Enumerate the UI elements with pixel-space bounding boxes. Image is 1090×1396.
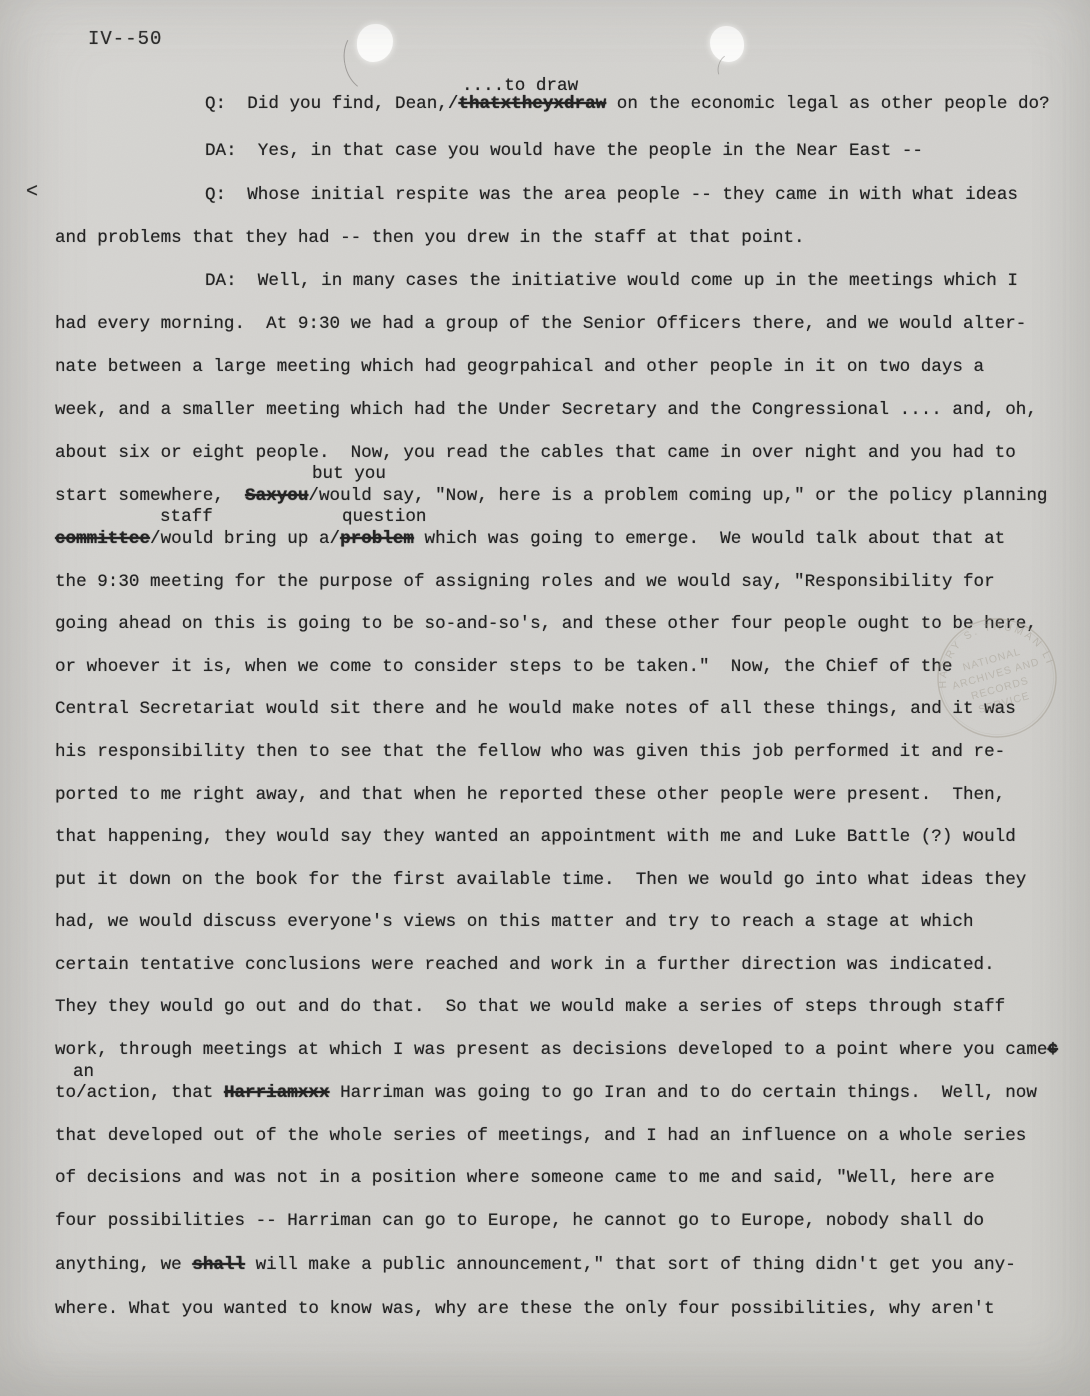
typed-line: where. What you wanted to know was, why … [55, 1298, 995, 1320]
typed-line: Central Secretariat would sit there and … [55, 698, 1016, 720]
typed-line: or whoever it is, when we come to consid… [55, 656, 952, 678]
typed-line: Q: Whose initial respite was the area pe… [205, 184, 1018, 206]
typed-line: his responsibility then to see that the … [55, 741, 1005, 763]
line-text: which was going to emerge. We would talk… [414, 529, 1005, 549]
inserted-text: but you [312, 463, 386, 485]
typed-line: put it down on the book for the first av… [55, 869, 1026, 891]
typed-line: and problems that they had -- then you d… [55, 227, 805, 249]
stamp-line: NATIONAL [961, 646, 1022, 674]
typed-line: DA: Yes, in that case you would have the… [205, 140, 923, 162]
struck-text: Saxyou [245, 486, 308, 506]
struck-text: problem [340, 529, 414, 549]
typed-line: had every morning. At 9:30 we had a grou… [55, 313, 1026, 335]
stamp-ring-text: HARRY S. TRUMAN LIBRARY [908, 589, 1057, 702]
typed-line: of decisions and was not in a position w… [55, 1167, 995, 1189]
document-page: IV--50 < ....to draw but you staff quest… [0, 0, 1090, 1396]
line-text: start somewhere, [55, 486, 245, 506]
line-text: on the economic legal as other people do… [606, 94, 1049, 114]
page-number: IV--50 [88, 28, 162, 50]
line-text: Q: Did you find, Dean,/ [205, 94, 458, 114]
hole-punch-right [710, 26, 744, 62]
line-text: /would say, "Now, here is a problem comi… [308, 486, 1047, 506]
typed-line: nate between a large meeting which had g… [55, 356, 984, 378]
struck-text: ¢ [1047, 1040, 1058, 1060]
inserted-text: staff [160, 506, 213, 528]
margin-mark: < [26, 182, 38, 204]
line-text: to/action, that [55, 1083, 224, 1103]
struck-text: shall [192, 1255, 245, 1275]
typed-line: going ahead on this is going to be so-an… [55, 613, 1037, 635]
struck-text: Harriamxxx [224, 1083, 330, 1103]
struck-text: thatxtheyxdraw [458, 94, 606, 114]
typed-line: that developed out of the whole series o… [55, 1125, 1026, 1147]
typed-line: that happening, they would say they want… [55, 826, 1016, 848]
typed-line: had, we would discuss everyone's views o… [55, 911, 974, 933]
typed-line: about six or eight people. Now, you read… [55, 442, 1016, 464]
line-text: Harriman was going to go Iran and to do … [330, 1083, 1037, 1103]
typed-line: DA: Well, in many cases the initiative w… [205, 270, 1018, 292]
line-text: work, through meetings at which I was pr… [55, 1040, 1047, 1060]
typed-line: start somewhere, Saxyou/would say, "Now,… [55, 485, 1047, 507]
typed-line: four possibilities -- Harriman can go to… [55, 1210, 984, 1232]
typed-line: work, through meetings at which I was pr… [55, 1039, 1058, 1061]
line-text: will make a public announcement," that s… [245, 1255, 1016, 1275]
inserted-text: an [73, 1061, 94, 1083]
typed-line: Q: Did you find, Dean,/thatxtheyxdraw on… [205, 93, 1050, 115]
typed-line: the 9:30 meeting for the purpose of assi… [55, 571, 995, 593]
svg-text:HARRY S. TRUMAN LIBRARY: HARRY S. TRUMAN LIBRARY [908, 589, 1057, 702]
struck-text: committee [55, 529, 150, 549]
line-text: /would bring up a/ [150, 529, 340, 549]
typed-line: certain tentative conclusions were reach… [55, 954, 995, 976]
line-text: anything, we [55, 1255, 192, 1275]
stamp-line: ARCHIVES AND [951, 656, 1041, 692]
inserted-text: question [342, 506, 426, 528]
typed-line: to/action, that Harriamxxx Harriman was … [55, 1082, 1037, 1104]
hole-punch-left [357, 24, 393, 62]
typed-line: committee/would bring up a/problem which… [55, 528, 1005, 550]
typed-line: They they would go out and do that. So t… [55, 996, 1005, 1018]
typed-line: ported to me right away, and that when h… [55, 784, 1005, 806]
typed-line: anything, we shall will make a public an… [55, 1254, 1016, 1276]
typed-line: week, and a smaller meeting which had th… [55, 399, 1037, 421]
